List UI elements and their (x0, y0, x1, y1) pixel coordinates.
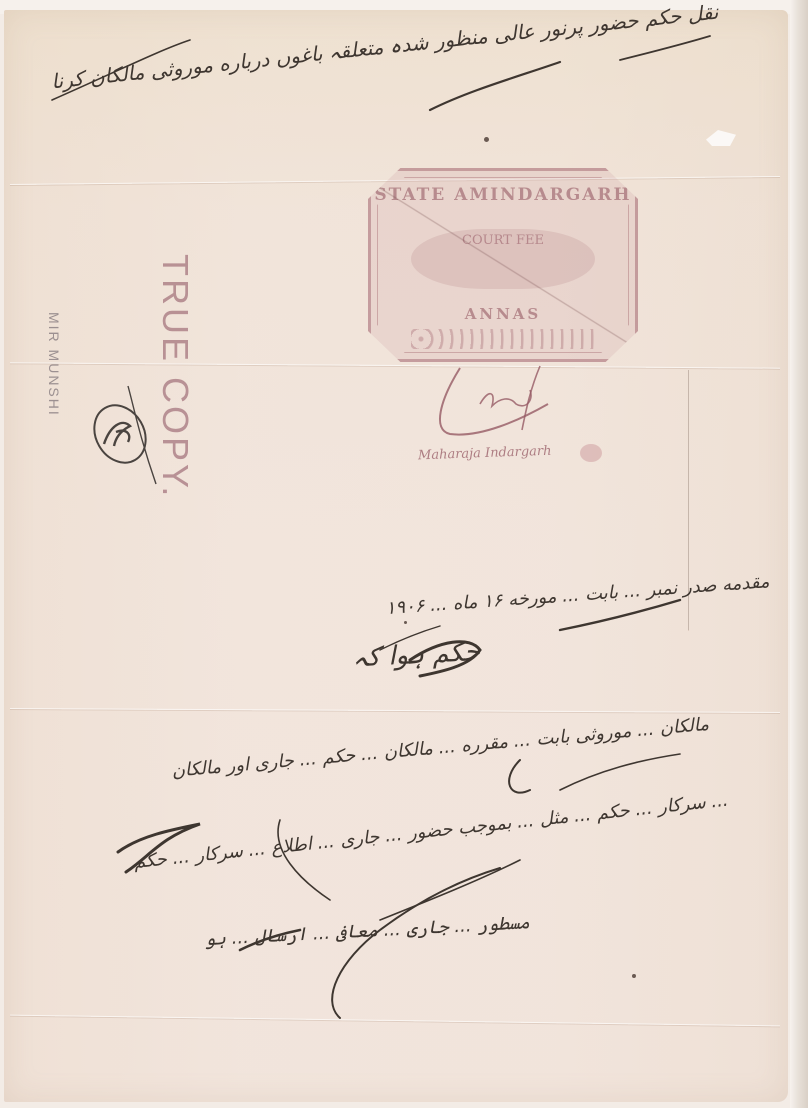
munshi-initial-signature (70, 378, 180, 488)
ink-dot (404, 621, 407, 624)
order-heading: حکم ہوا کہ (359, 637, 480, 673)
scan-background-right (790, 0, 808, 1108)
ruler-signature (430, 360, 570, 440)
ink-dot (632, 974, 636, 978)
mir-munshi-stamp: MIR MUNSHI (46, 312, 62, 417)
stamp-fold-line (371, 171, 635, 359)
ink-dot (484, 137, 489, 142)
revenue-stamp: STATE AMINDARGARH COURT FEE ANNAS (368, 168, 638, 362)
ink-blot (580, 444, 602, 462)
